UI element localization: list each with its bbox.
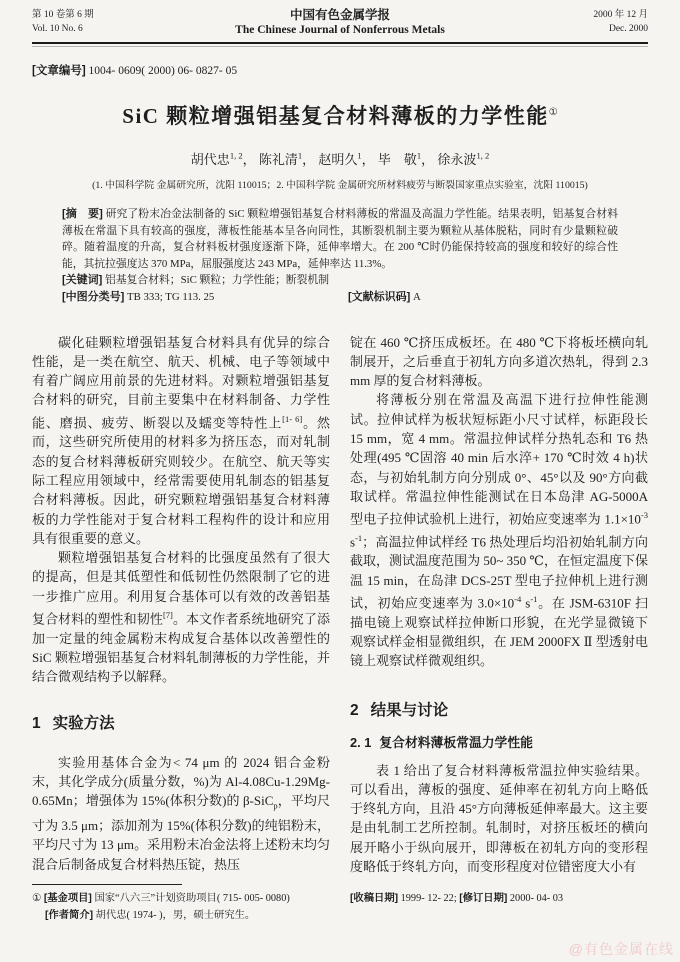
journal-name-cn: 中国有色金属学报 <box>152 8 528 23</box>
author-separator: ， <box>362 152 375 167</box>
header-rule <box>32 42 648 44</box>
section-heading-1: 1实验方法 <box>32 714 330 734</box>
article-title-text: SiC 颗粒增强铝基复合材料薄板的力学性能 <box>122 104 548 128</box>
article-number-value: 1004- 0609( 2000) 06- 0827- 05 <box>89 65 238 77</box>
issue-en: Vol. 10 No. 6 <box>32 22 152 36</box>
journal-page: 第 10 卷第 6 期 Vol. 10 No. 6 中国有色金属学报 The C… <box>0 0 680 962</box>
author-name: 陈礼清 <box>259 152 298 167</box>
issue-date-en: Dec. 2000 <box>528 22 648 36</box>
section-number: 2 <box>350 702 359 719</box>
author-affil-sup: 1, 2 <box>476 151 489 161</box>
paragraph-text: 表 1 给出了复合材料薄板常温拉伸实验结果。可以看出，薄板的强度、延伸率在初轧方… <box>350 763 648 874</box>
left-column: 碳化硅颗粒增强铝基复合材料具有优异的综合性能，是一类在航空、航天、机械、电子等领… <box>32 333 330 878</box>
keywords-line: [关键词] 铝基复合材料；SiC 颗粒；力学性能；断裂机制 <box>62 272 618 289</box>
journal-name: 中国有色金属学报 The Chinese Journal of Nonferro… <box>152 8 528 38</box>
author: 赵明久1， <box>318 152 374 167</box>
doc-code-value: A <box>413 291 421 303</box>
issue-date: 2000 年 12 月 Dec. 2000 <box>528 8 648 36</box>
received-date: 1999- 12- 22; <box>401 893 457 904</box>
issue-date-cn: 2000 年 12 月 <box>528 8 648 22</box>
subsection-title: 复合材料薄板常温力学性能 <box>379 735 533 750</box>
paragraph-text: s <box>521 595 530 610</box>
exponent-sup: -3 <box>641 510 648 520</box>
paragraph-intro-2: 颗粒增强铝基复合材料的比强度虽然有了很大的提高，但是其低塑性和低韧性仍然限制了它… <box>32 548 330 686</box>
bio-text: 胡代忠( 1974- )，男，硕士研究生。 <box>96 910 256 921</box>
author: 毕 敬1， <box>378 152 434 167</box>
revised-label: [修订日期] <box>459 893 507 904</box>
paragraph-results: 表 1 给出了复合材料薄板常温拉伸实验结果。可以看出，薄板的强度、延伸率在初轧方… <box>350 761 648 877</box>
author-separator: ， <box>302 152 315 167</box>
author-line: 胡代忠1, 2， 陈礼清1， 赵明久1， 毕 敬1， 徐永波1, 2 <box>32 149 648 168</box>
section-number: 1 <box>32 715 41 732</box>
revised-date: 2000- 04- 03 <box>510 893 563 904</box>
citation-sup: [1- 6] <box>282 414 302 424</box>
received-label: [收稿日期] <box>350 893 398 904</box>
classification-line: [中图分类号] TB 333; TG 113. 25 [文献标识码] A <box>62 289 618 306</box>
footnote-row-2: [作者简介] 胡代忠( 1974- )，男，硕士研究生。 <box>45 908 648 925</box>
author-name: 毕 敬 <box>378 152 417 167</box>
footnote-rule <box>32 884 182 885</box>
author-name: 徐永波 <box>437 152 476 167</box>
footnote-fund: ① [基金项目] 国家“八六三”计划资助项目( 715- 005- 0080) <box>32 893 290 904</box>
author: 胡代忠1, 2， <box>191 152 256 167</box>
footnote-row-1: ① [基金项目] 国家“八六三”计划资助项目( 715- 005- 0080) … <box>32 891 648 908</box>
article-title: SiC 颗粒增强铝基复合材料薄板的力学性能① <box>32 100 648 130</box>
site-watermark: @有色金属在线 <box>569 939 674 959</box>
doc-code-group: [文献标识码] A <box>348 289 421 306</box>
clc-group: [中图分类号] TB 333; TG 113. 25 <box>62 291 214 303</box>
abstract-label: [摘 要] <box>62 208 103 220</box>
author-affil-sup: 1, 2 <box>230 151 243 161</box>
footnote-block: ① [基金项目] 国家“八六三”计划资助项目( 715- 005- 0080) … <box>32 884 648 924</box>
bio-label: [作者简介] <box>45 910 93 921</box>
author-name: 赵明久 <box>318 152 357 167</box>
keywords-text: 铝基复合材料；SiC 颗粒；力学性能；断裂机制 <box>105 274 329 286</box>
paragraph-text: 将薄板分别在常温及高温下进行拉伸性能测试。拉伸试样为板状短标距小尺寸试样，标距段… <box>350 392 648 526</box>
abstract-block: [摘 要] 研究了粉末冶金法制备的 SiC 颗粒增强铝基复合材料薄板的常温及高温… <box>62 206 618 306</box>
keywords-label: [关键词] <box>62 274 102 286</box>
article-title-footnote-mark: ① <box>549 107 558 118</box>
footnote-mark: ① <box>32 893 41 904</box>
right-column: 锭在 460 ℃挤压成板坯。在 480 ℃下将板坯横向轧制展开，之后垂直于初轧方… <box>350 333 648 878</box>
journal-header: 第 10 卷第 6 期 Vol. 10 No. 6 中国有色金属学报 The C… <box>32 8 648 38</box>
author: 陈礼清1， <box>259 152 315 167</box>
affiliation-line: (1. 中国科学院 金属研究所，沈阳 110015；2. 中国科学院 金属研究所… <box>32 177 648 191</box>
section-title: 实验方法 <box>53 715 115 732</box>
author-separator: ， <box>421 152 434 167</box>
footnote-dates: [收稿日期] 1999- 12- 22; [修订日期] 2000- 04- 03 <box>350 891 563 908</box>
subsection-heading-2-1: 2. 1复合材料薄板常温力学性能 <box>350 734 648 752</box>
paragraph-intro-1: 碳化硅颗粒增强铝基复合材料具有优异的综合性能，是一类在航空、航天、机械、电子等领… <box>32 333 330 549</box>
abstract-text: 研究了粉末冶金法制备的 SiC 颗粒增强铝基复合材料薄板的常温及高温力学性能。结… <box>62 208 618 270</box>
citation-sup: [7] <box>163 610 173 620</box>
paragraph-text: 锭在 460 ℃挤压成板坯。在 480 ℃下将板坯横向轧制展开，之后垂直于初轧方… <box>350 335 648 389</box>
journal-name-en: The Chinese Journal of Nonferrous Metals <box>152 23 528 38</box>
doc-code-label: [文献标识码] <box>348 291 410 303</box>
section-title: 结果与讨论 <box>371 702 449 719</box>
paragraph-methods: 实验用基体合金为< 74 μm 的 2024 铝合金粉末，其化学成分(质量分数，… <box>32 753 330 874</box>
fund-label: [基金项目] <box>44 893 92 904</box>
author-separator: ， <box>243 152 256 167</box>
paragraph-text: 。然而，这些研究所使用的材料多为挤压态，而对轧制态的复合材料薄板研究则较少。在航… <box>32 415 330 546</box>
header-rule-thin <box>32 46 648 47</box>
clc-label: [中图分类号] <box>62 291 124 303</box>
article-number-line: [文章编号] 1004- 0609( 2000) 06- 0827- 05 <box>32 62 648 78</box>
issue-cn: 第 10 卷第 6 期 <box>32 8 152 22</box>
subsection-number: 2. 1 <box>350 735 371 750</box>
section-heading-2: 2结果与讨论 <box>350 701 648 721</box>
author-name: 胡代忠 <box>191 152 230 167</box>
article-number-label: [文章编号] <box>32 65 86 77</box>
author: 徐永波1, 2 <box>437 152 489 167</box>
abstract-paragraph: [摘 要] 研究了粉末冶金法制备的 SiC 颗粒增强铝基复合材料薄板的常温及高温… <box>62 206 618 272</box>
paragraph-testing: 将薄板分别在常温及高温下进行拉伸性能测试。拉伸试样为板状短标距小尺寸试样，标距段… <box>350 390 648 670</box>
issue-info: 第 10 卷第 6 期 Vol. 10 No. 6 <box>32 8 152 36</box>
article-body: 碳化硅颗粒增强铝基复合材料具有优异的综合性能，是一类在航空、航天、机械、电子等领… <box>32 333 648 878</box>
clc-value: TB 333; TG 113. 25 <box>127 291 214 303</box>
fund-text: 国家“八六三”计划资助项目( 715- 005- 0080) <box>94 893 289 904</box>
paragraph-methods-continued: 锭在 460 ℃挤压成板坯。在 480 ℃下将板坯横向轧制展开，之后垂直于初轧方… <box>350 333 648 391</box>
